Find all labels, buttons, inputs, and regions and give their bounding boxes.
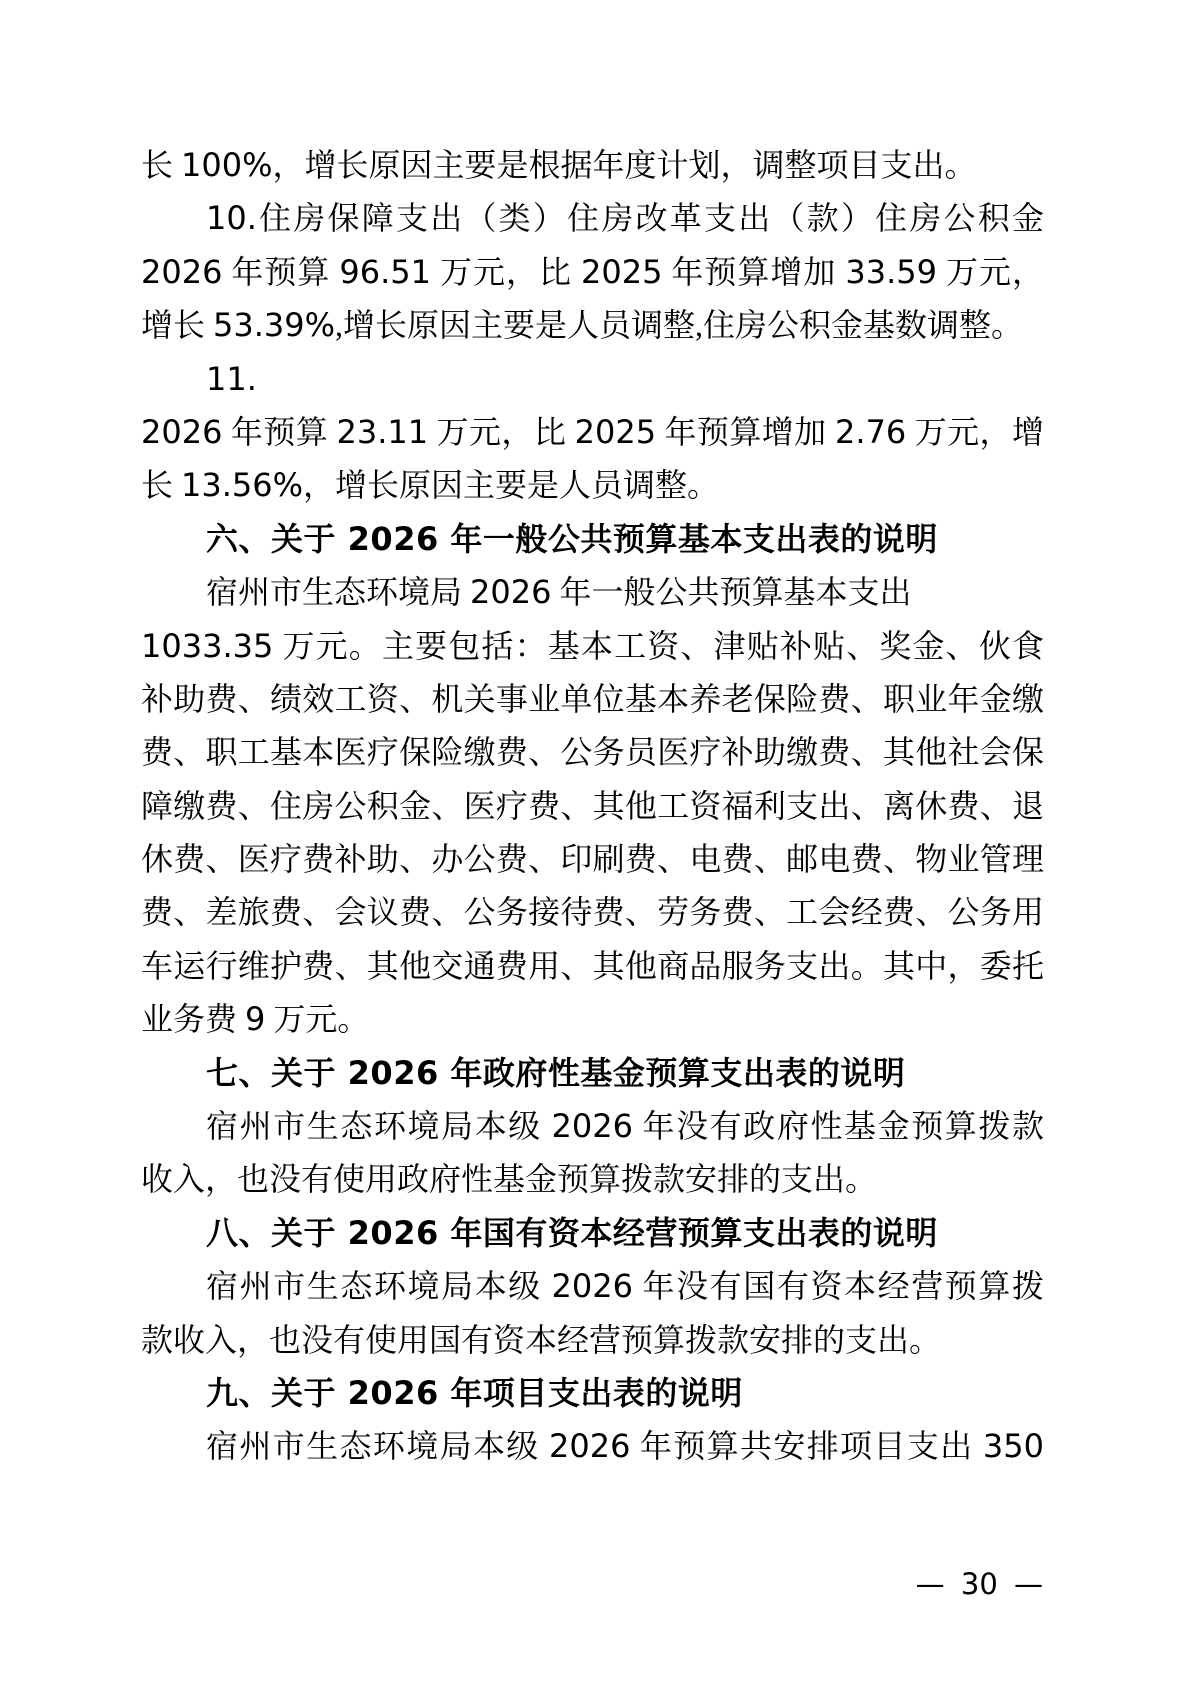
section-heading: 六、关于 2026 年一般公共预算基本支出表的说明 — [141, 513, 1044, 566]
text-line: 10.住房保障支出（类）住房改革支出（款）住房公积金（项） — [141, 192, 1044, 245]
text-line: 长 100%，增长原因主要是根据年度计划，调整项目支出。 — [141, 139, 1044, 192]
text-line: 1033.35 万元。主要包括：基本工资、津贴补贴、奖金、伙食 — [141, 620, 1044, 673]
text-line: 业务费 9 万元。 — [141, 993, 1044, 1046]
text-line: 宿州市生态环境局本级 2026 年没有政府性基金预算拨款 — [141, 1100, 1044, 1153]
text-line: 增长 53.39%,增长原因主要是人员调整,住房公积金基数调整。 — [141, 299, 1044, 352]
text-line: 2026 年预算 96.51 万元，比 2025 年预算增加 33.59 万元， — [141, 246, 1044, 299]
section-heading: 九、关于 2026 年项目支出表的说明 — [141, 1367, 1044, 1420]
text-line: 休费、医疗费补助、办公费、印刷费、电费、邮电费、物业管理 — [141, 833, 1044, 886]
text-line: 补助费、绩效工资、机关事业单位基本养老保险费、职业年金缴 — [141, 673, 1044, 726]
document-body: 长 100%，增长原因主要是根据年度计划，调整项目支出。10.住房保障支出（类）… — [141, 139, 1044, 1474]
text-line: 费、差旅费、会议费、公务接待费、劳务费、工会经费、公务用 — [141, 886, 1044, 939]
text-line: 障缴费、住房公积金、医疗费、其他工资福利支出、离休费、退 — [141, 780, 1044, 833]
page-number: — 30 — — [916, 1567, 1043, 1601]
text-line: 费、职工基本医疗保险缴费、公务员医疗补助缴费、其他社会保 — [141, 726, 1044, 779]
document-page: 长 100%，增长原因主要是根据年度计划，调整项目支出。10.住房保障支出（类）… — [0, 0, 1190, 1683]
text-line: 长 13.56%，增长原因主要是人员调整。 — [141, 459, 1044, 512]
text-line: 宿州市生态环境局本级 2026 年没有国有资本经营预算拨 — [141, 1260, 1044, 1313]
text-line: 款收入，也没有使用国有资本经营预算拨款安排的支出。 — [141, 1314, 1044, 1367]
text-line: 宿州市生态环境局 2026 年一般公共预算基本支出 — [141, 566, 1044, 619]
page-footer: — 30 — — [916, 1564, 1043, 1604]
section-heading: 八、关于 2026 年国有资本经营预算支出表的说明 — [141, 1207, 1044, 1260]
text-line: 收入，也没有使用政府性基金预算拨款安排的支出。 — [141, 1153, 1044, 1206]
section-heading: 七、关于 2026 年政府性基金预算支出表的说明 — [141, 1047, 1044, 1100]
text-line: 宿州市生态环境局本级 2026 年预算共安排项目支出 350 — [141, 1420, 1044, 1473]
text-line: 11.住房保障支出（类）住房改革支出（款）提租补贴（项） — [141, 353, 1044, 406]
text-line: 2026 年预算 23.11 万元，比 2025 年预算增加 2.76 万元，增 — [141, 406, 1044, 459]
text-line: 车运行维护费、其他交通费用、其他商品服务支出。其中，委托 — [141, 940, 1044, 993]
